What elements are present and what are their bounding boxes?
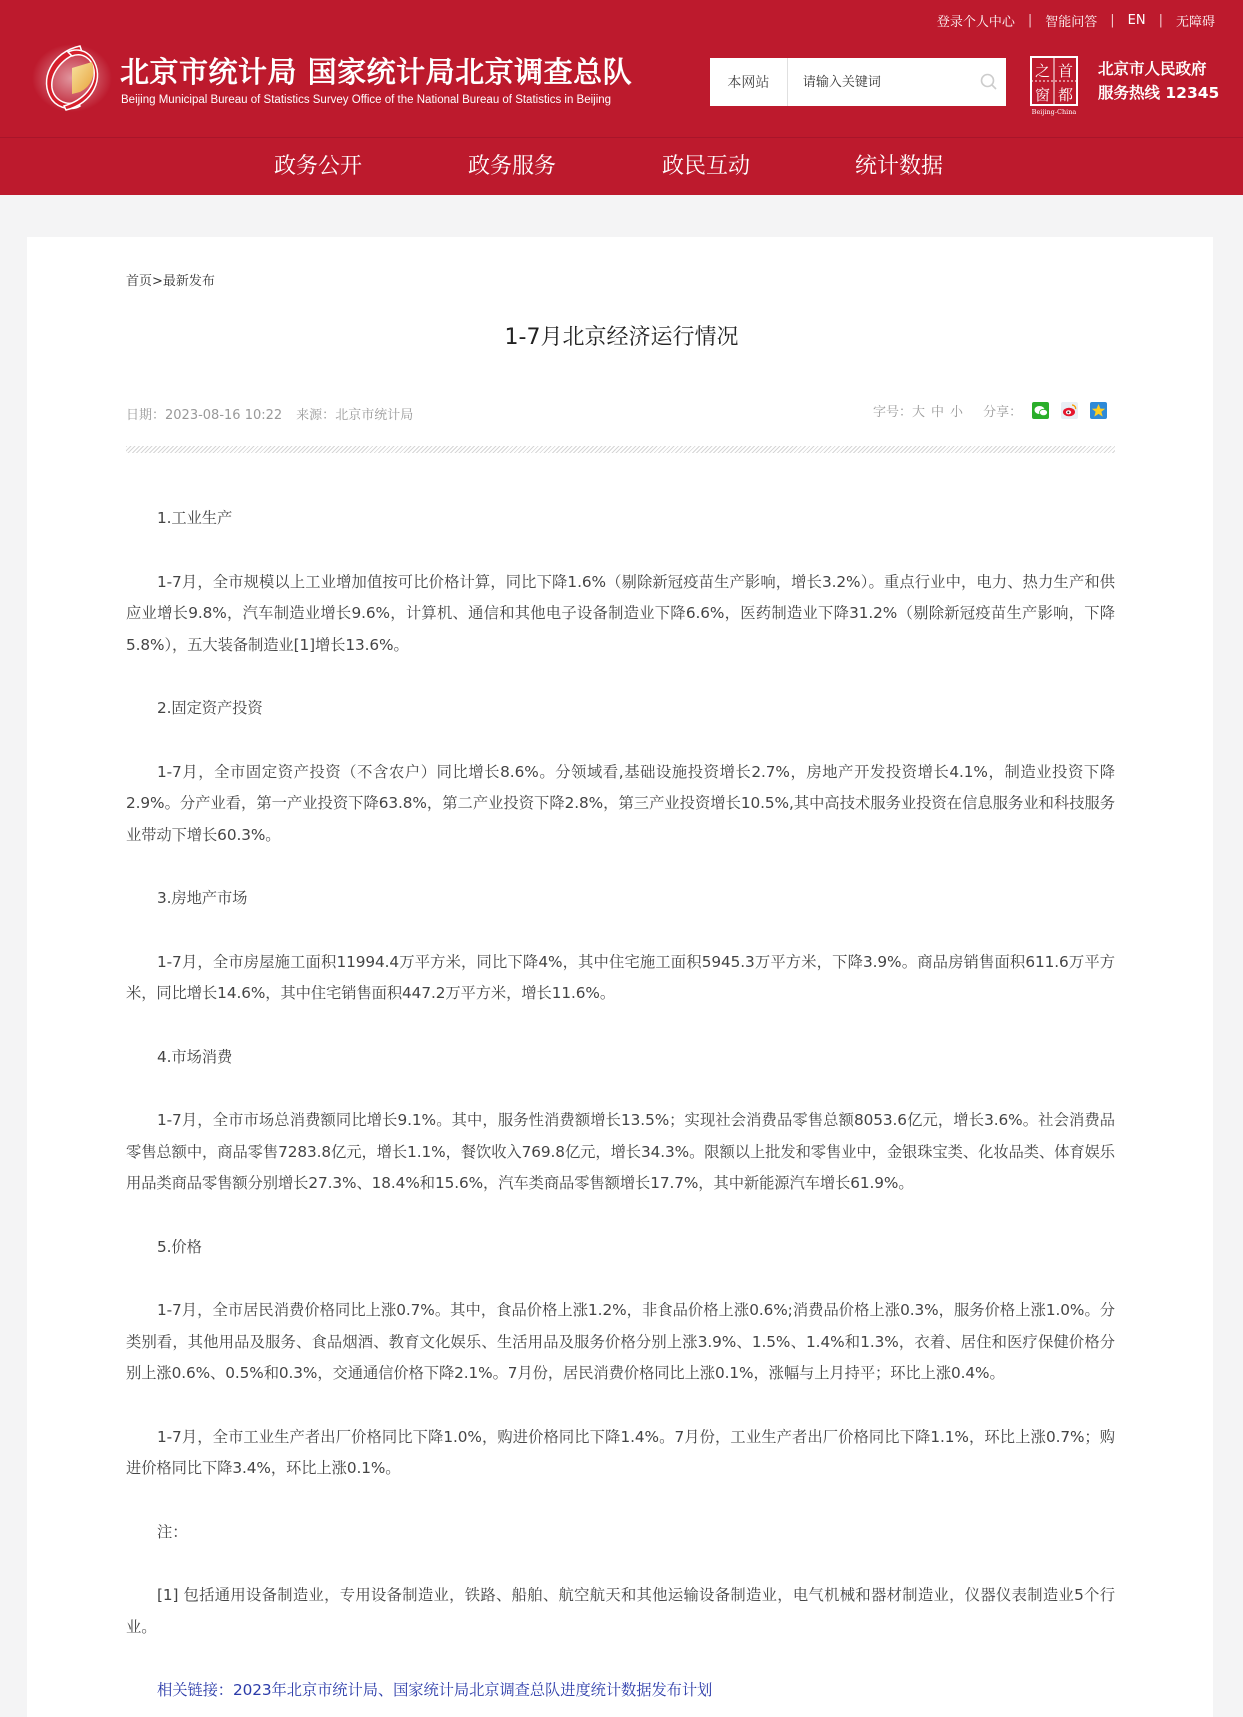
note-text: [1] 包括通用设备制造业，专用设备制造业，铁路、船舶、航空航天和其他运输设备制…	[126, 1580, 1115, 1643]
article-tools: 字号： 大 中 小 分享：	[873, 401, 1119, 420]
site-header: 登录个人中心 | 智能问答 | EN | 无障碍 北京市统计局	[0, 0, 1243, 137]
english-link[interactable]: EN	[1128, 13, 1146, 28]
main-nav: 政务公开 政务服务 政民互动 统计数据	[0, 137, 1243, 195]
source-label: 来源：	[296, 408, 335, 423]
separator: |	[1110, 13, 1114, 28]
article-title: 1-7月北京经济运行情况	[0, 320, 1243, 351]
wechat-icon[interactable]	[1032, 402, 1049, 419]
article-body: 1.工业生产 1-7月，全市规模以上工业增加值按可比价格计算，同比下降1.6%（…	[126, 503, 1115, 1707]
search-input[interactable]	[788, 58, 973, 106]
section-paragraph: 1-7月，全市居民消费价格同比上涨0.7%。其中，食品价格上涨1.2%，非食品价…	[126, 1295, 1115, 1390]
search-icon	[980, 73, 998, 91]
site-search: 本网站	[710, 58, 1006, 106]
section-heading-prices: 5.价格	[126, 1232, 1115, 1264]
article-source: 北京市统计局	[335, 408, 413, 423]
breadcrumb-home[interactable]: 首页	[126, 274, 152, 289]
font-size-small-button[interactable]: 小	[950, 401, 963, 420]
title-divider	[126, 446, 1115, 453]
svg-text:都: 都	[1058, 86, 1073, 104]
site-title[interactable]: 北京市统计局 国家统计局北京调查总队	[120, 50, 632, 91]
bureau-logo-icon[interactable]	[30, 40, 114, 116]
font-size-label: 字号：	[873, 401, 912, 420]
section-paragraph: 1-7月，全市工业生产者出厂价格同比下降1.0%，购进价格同比下降1.4%。7月…	[126, 1422, 1115, 1485]
login-link[interactable]: 登录个人中心	[937, 11, 1015, 30]
font-size-large-button[interactable]: 大	[912, 401, 925, 420]
accessibility-link[interactable]: 无障碍	[1176, 11, 1215, 30]
top-links: 登录个人中心 | 智能问答 | EN | 无障碍	[937, 11, 1215, 30]
section-heading-fixed-asset-investment: 2.固定资产投资	[126, 693, 1115, 725]
separator: |	[1028, 13, 1032, 28]
nav-item-public-interaction[interactable]: 政民互动	[662, 138, 750, 196]
search-button[interactable]	[973, 58, 1006, 106]
svg-text:首: 首	[1058, 62, 1073, 80]
nav-item-statistical-data[interactable]: 统计数据	[855, 138, 943, 196]
qzone-icon[interactable]	[1090, 402, 1107, 419]
capital-window-badge-icon[interactable]: 之 首 窗 都 Beijing-China	[1028, 56, 1086, 116]
breadcrumb: 首页>最新发布	[126, 270, 215, 289]
related-link[interactable]: 相关链接：2023年北京市统计局、国家统计局北京调查总队进度统计数据发布计划	[126, 1675, 1115, 1707]
separator: |	[1159, 13, 1163, 28]
hotline-number: 服务热线 12345	[1098, 81, 1219, 105]
nav-item-government-affairs-public[interactable]: 政务公开	[274, 138, 362, 196]
site-subtitle: Beijing Municipal Bureau of Statistics S…	[121, 94, 611, 106]
smart-qa-link[interactable]: 智能问答	[1045, 11, 1097, 30]
article-meta: 日期：2023-08-16 10:22来源：北京市统计局	[126, 404, 413, 423]
date-label: 日期：	[126, 408, 165, 423]
weibo-icon[interactable]	[1061, 402, 1078, 419]
section-heading-real-estate-market: 3.房地产市场	[126, 883, 1115, 915]
svg-text:之: 之	[1035, 62, 1050, 80]
note-heading: 注：	[126, 1517, 1115, 1549]
svg-text:窗: 窗	[1035, 86, 1050, 104]
section-paragraph: 1-7月，全市固定资产投资（不含农户）同比增长8.6%。分领域看,基础设施投资增…	[126, 757, 1115, 852]
share-label: 分享：	[983, 401, 1022, 420]
breadcrumb-current[interactable]: 最新发布	[163, 274, 215, 289]
section-heading-market-consumption: 4.市场消费	[126, 1042, 1115, 1074]
section-paragraph: 1-7月，全市规模以上工业增加值按可比价格计算，同比下降1.6%（剔除新冠疫苗生…	[126, 567, 1115, 662]
nav-item-government-services[interactable]: 政务服务	[468, 138, 556, 196]
publish-date: 2023-08-16 10:22	[165, 408, 282, 423]
government-hotline[interactable]: 北京市人民政府 服务热线 12345	[1098, 57, 1219, 105]
search-scope-select[interactable]: 本网站	[710, 58, 788, 106]
section-heading-industrial-production: 1.工业生产	[126, 503, 1115, 535]
government-name: 北京市人民政府	[1098, 57, 1219, 81]
svg-text:Beijing-China: Beijing-China	[1032, 108, 1077, 116]
section-paragraph: 1-7月，全市市场总消费额同比增长9.1%。其中，服务性消费额增长13.5%；实…	[126, 1105, 1115, 1200]
section-paragraph: 1-7月，全市房屋施工面积11994.4万平方米，同比下降4%，其中住宅施工面积…	[126, 947, 1115, 1010]
breadcrumb-separator: >	[152, 274, 163, 289]
font-size-medium-button[interactable]: 中	[931, 401, 944, 420]
